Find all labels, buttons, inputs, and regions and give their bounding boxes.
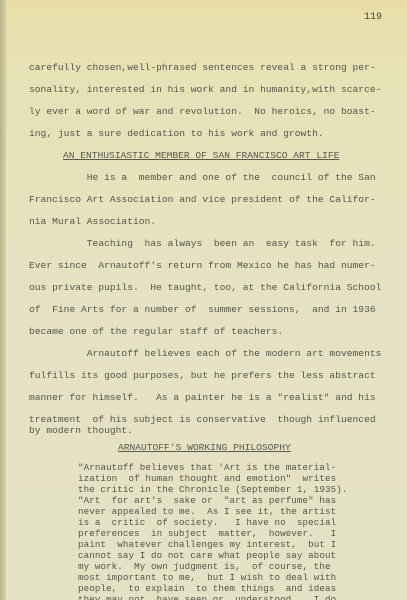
quote-line: is a critic of society. I have no specia…	[78, 517, 336, 528]
quote-line: "Art for art's sake or "art as perfume" …	[78, 495, 336, 506]
paragraph-1-line: carefully chosen,well-phrased sentences …	[29, 62, 376, 73]
quote-line: cannot say I do not care what people say…	[78, 550, 336, 561]
paragraph-3-line: became one of the regular staff of teach…	[29, 326, 283, 337]
quote-line: they may not have seen or understood. I …	[78, 594, 336, 600]
paragraph-2-line: Francisco Art Association and vice presi…	[29, 194, 376, 205]
document-page: 119 carefully chosen,well-phrased senten…	[0, 0, 407, 600]
paragraph-4-line: manner for himself. As a painter he is a…	[29, 392, 376, 403]
paragraph-1-line: sonality, interested in his work and in …	[29, 84, 381, 95]
paragraph-3-line: Ever since Arnautoff's return from Mexic…	[29, 260, 376, 271]
quote-line: "Arnautoff believes that 'Art is the mat…	[78, 462, 336, 473]
quote-line: ization of human thought and emotion" wr…	[78, 473, 336, 484]
paragraph-4-line: fulfills its good purposes, but he prefe…	[29, 370, 376, 381]
paragraph-3-line: of Fine Arts for a number of summer sess…	[29, 304, 376, 315]
quote-line: paint whatever challenges my interest, b…	[78, 539, 336, 550]
quote-line: most important to me, but I wish to deal…	[78, 572, 336, 583]
paragraph-2-line: nia Mural Association.	[29, 216, 156, 227]
paragraph-4-line: Arnautoff believes each of the modern ar…	[29, 348, 381, 359]
paragraph-4-line: treatment of his subject is conservative…	[29, 414, 376, 425]
paragraph-1-line: ing, just a sure dedication to his work …	[29, 128, 324, 139]
section-heading-working-philosophy: ARNAUTOFF'S WORKING PHILOSOPHY	[118, 442, 291, 453]
section-heading-enthusiastic-member: AN ENTHUSIASTIC MEMBER OF SAN FRANCISCO …	[63, 150, 339, 161]
quote-line: preferences in subject matter, however. …	[78, 528, 336, 539]
quote-line: my work. My own judgment is, of course, …	[78, 561, 331, 572]
page-number: 119	[364, 12, 382, 23]
paragraph-4-line: by modern thought.	[29, 425, 133, 436]
page-binding-edge	[0, 0, 6, 600]
quote-line: never appealed to me. As I see it, the a…	[78, 506, 336, 517]
paragraph-1-line: ly ever a word of war and revolution. No…	[29, 106, 376, 117]
paragraph-3-line: Teaching has always been an easy task fo…	[29, 238, 376, 249]
quote-line: the critic in the Chronicle (September 1…	[78, 484, 347, 495]
paragraph-3-line: ous private pupils. He taught, too, at t…	[29, 282, 381, 293]
paragraph-2-line: He is a member and one of the council of…	[29, 172, 376, 183]
quote-line: people, to explain to them things and id…	[78, 583, 336, 594]
